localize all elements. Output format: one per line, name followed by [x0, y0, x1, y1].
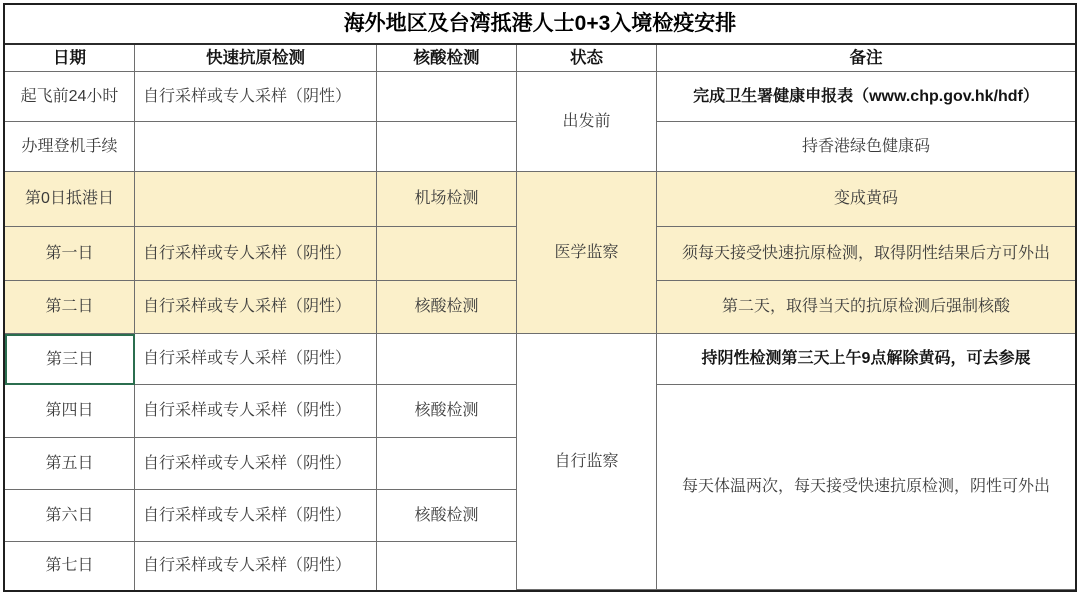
cell-rat-r2[interactable]: [135, 172, 377, 227]
cell-pcr-r6[interactable]: 核酸检测: [377, 385, 517, 438]
cell-pcr-r2[interactable]: 机场检测: [377, 172, 517, 227]
header-date[interactable]: 日期: [5, 45, 135, 72]
cell-date-r9[interactable]: 第七日: [5, 542, 135, 590]
cell-note-r0[interactable]: 完成卫生署健康申报表（www.chp.gov.hk/hdf）: [657, 72, 1075, 122]
cell-note-r5[interactable]: 持阴性检测第三天上午9点解除黄码，可去参展: [657, 334, 1075, 385]
header-notes[interactable]: 备注: [657, 45, 1075, 72]
cell-date-r1[interactable]: 办理登机手续: [5, 122, 135, 172]
cell-note-r1[interactable]: 持香港绿色健康码: [657, 122, 1075, 172]
cell-pcr-r0[interactable]: [377, 72, 517, 122]
cell-date-r0[interactable]: 起飞前24小时: [5, 72, 135, 122]
cell-pcr-r9[interactable]: [377, 542, 517, 590]
cell-rat-r4[interactable]: 自行采样或专人采样（阴性）: [135, 281, 377, 334]
quarantine-table: 海外地区及台湾抵港人士0+3入境检疫安排 日期 快速抗原检测 核酸检测 状态 备…: [3, 3, 1077, 592]
cell-rat-r7[interactable]: 自行采样或专人采样（阴性）: [135, 438, 377, 490]
cell-date-r2[interactable]: 第0日抵港日: [5, 172, 135, 227]
cell-date-r5-selected[interactable]: 第三日: [5, 334, 135, 385]
cell-date-r3[interactable]: 第一日: [5, 227, 135, 281]
cell-pcr-r8[interactable]: 核酸检测: [377, 490, 517, 542]
cell-note-merged-self-monitoring[interactable]: 每天体温两次，每天接受快速抗原检测，阴性可外出: [657, 385, 1075, 590]
cell-pcr-r7[interactable]: [377, 438, 517, 490]
header-rat[interactable]: 快速抗原检测: [135, 45, 377, 72]
cell-status-self-monitoring[interactable]: 自行监察: [517, 334, 657, 590]
cell-rat-r6[interactable]: 自行采样或专人采样（阴性）: [135, 385, 377, 438]
cell-rat-r9[interactable]: 自行采样或专人采样（阴性）: [135, 542, 377, 590]
cell-pcr-r1[interactable]: [377, 122, 517, 172]
cell-rat-r8[interactable]: 自行采样或专人采样（阴性）: [135, 490, 377, 542]
cell-status-medical-surveillance[interactable]: 医学监察: [517, 172, 657, 334]
header-pcr[interactable]: 核酸检测: [377, 45, 517, 72]
header-status[interactable]: 状态: [517, 45, 657, 72]
cell-rat-r5[interactable]: 自行采样或专人采样（阴性）: [135, 334, 377, 385]
cell-rat-r1[interactable]: [135, 122, 377, 172]
cell-date-r7[interactable]: 第五日: [5, 438, 135, 490]
cell-status-pre-departure[interactable]: 出发前: [517, 72, 657, 172]
cell-note-r3[interactable]: 须每天接受快速抗原检测，取得阴性结果后方可外出: [657, 227, 1075, 281]
table-title-cell[interactable]: 海外地区及台湾抵港人士0+3入境检疫安排: [5, 5, 1075, 45]
cell-rat-r0[interactable]: 自行采样或专人采样（阴性）: [135, 72, 377, 122]
cell-date-r6[interactable]: 第四日: [5, 385, 135, 438]
cell-date-r4[interactable]: 第二日: [5, 281, 135, 334]
cell-pcr-r4[interactable]: 核酸检测: [377, 281, 517, 334]
cell-rat-r3[interactable]: 自行采样或专人采样（阴性）: [135, 227, 377, 281]
cell-note-r4[interactable]: 第二天，取得当天的抗原检测后强制核酸: [657, 281, 1075, 334]
cell-pcr-r3[interactable]: [377, 227, 517, 281]
cell-pcr-r5[interactable]: [377, 334, 517, 385]
quarantine-schedule-screenshot: { "title": "海外地区及台湾抵港人士0+3入境检疫安排", "head…: [0, 0, 1080, 597]
cell-date-r8[interactable]: 第六日: [5, 490, 135, 542]
cell-note-r2[interactable]: 变成黄码: [657, 172, 1075, 227]
